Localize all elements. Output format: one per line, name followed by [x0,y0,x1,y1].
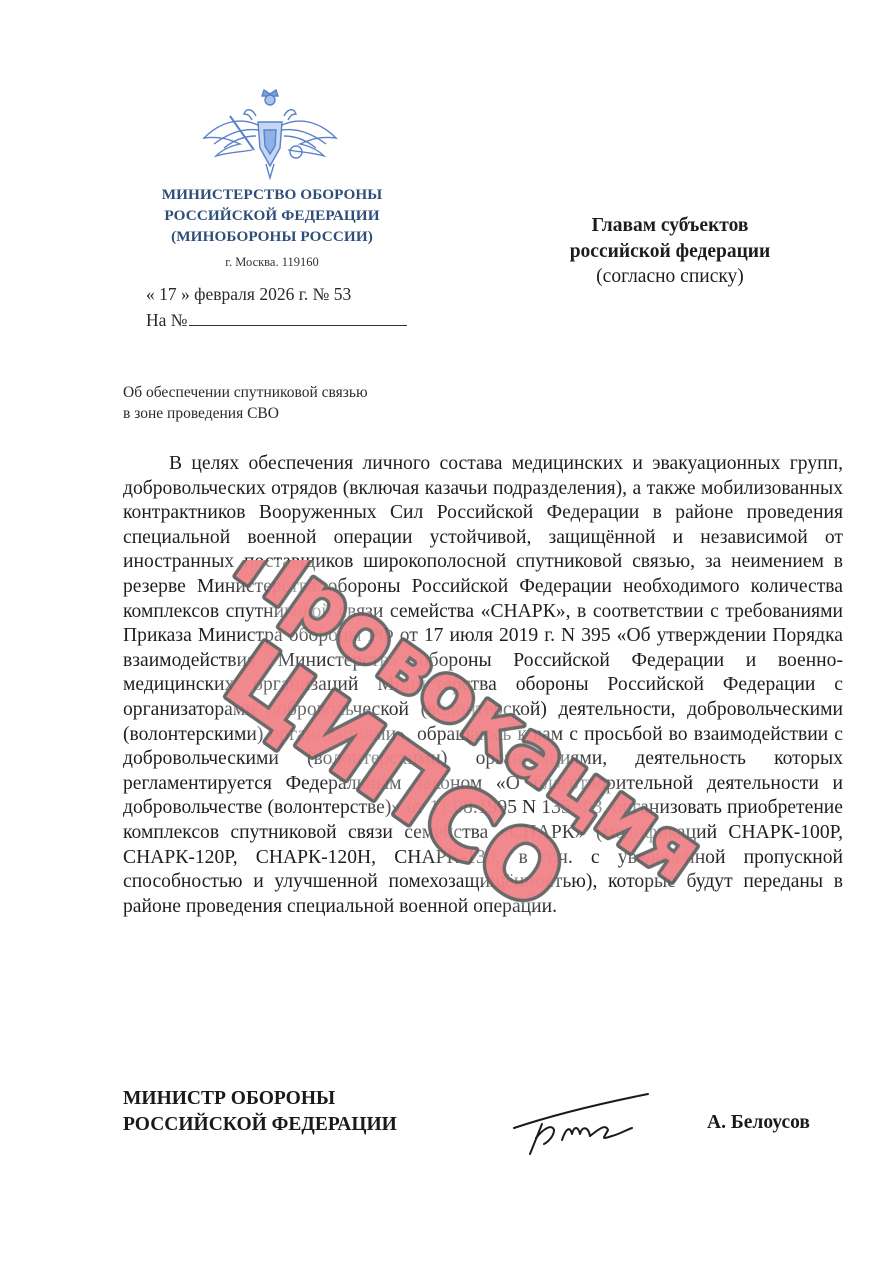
double-headed-eagle-emblem-icon [200,86,340,184]
reference-number-line: На № [146,309,407,331]
signatory-title-line: МИНИСТР ОБОРОНЫ [123,1086,397,1112]
addressee-note: (согласно списку) [520,264,820,290]
document-subject: Об обеспечении спутниковой связью в зоне… [123,382,368,424]
addressee-line: российской федерации [520,239,820,265]
ministry-name-line: (МИНОБОРОНЫ РОССИИ) [130,226,414,247]
reference-blank-field [189,309,407,326]
ministry-name-line: МИНИСТЕРСТВО ОБОРОНЫ [130,184,414,205]
letter-body: В целях обеспечения личного состава меди… [123,452,843,919]
addressee-block: Главам субъектов российской федерации (с… [520,213,820,290]
handwritten-signature-icon [508,1088,658,1158]
signatory-title-line: РОССИЙСКОЙ ФЕДЕРАЦИИ [123,1112,397,1138]
signatory-name: А. Белоусов [707,1112,810,1134]
subject-line: Об обеспечении спутниковой связью [123,382,368,403]
ministry-name: МИНИСТЕРСТВО ОБОРОНЫ РОССИЙСКОЙ ФЕДЕРАЦИ… [130,184,414,247]
ministry-address: г. Москва. 119160 [130,255,414,270]
reference-label: На № [146,310,187,330]
addressee-line: Главам субъектов [520,213,820,239]
ministry-name-line: РОССИЙСКОЙ ФЕДЕРАЦИИ [130,205,414,226]
subject-line: в зоне проведения СВО [123,403,368,424]
document-date-number: « 17 » февраля 2026 г. № 53 [146,284,351,305]
signatory-title: МИНИСТР ОБОРОНЫ РОССИЙСКОЙ ФЕДЕРАЦИИ [123,1086,397,1137]
